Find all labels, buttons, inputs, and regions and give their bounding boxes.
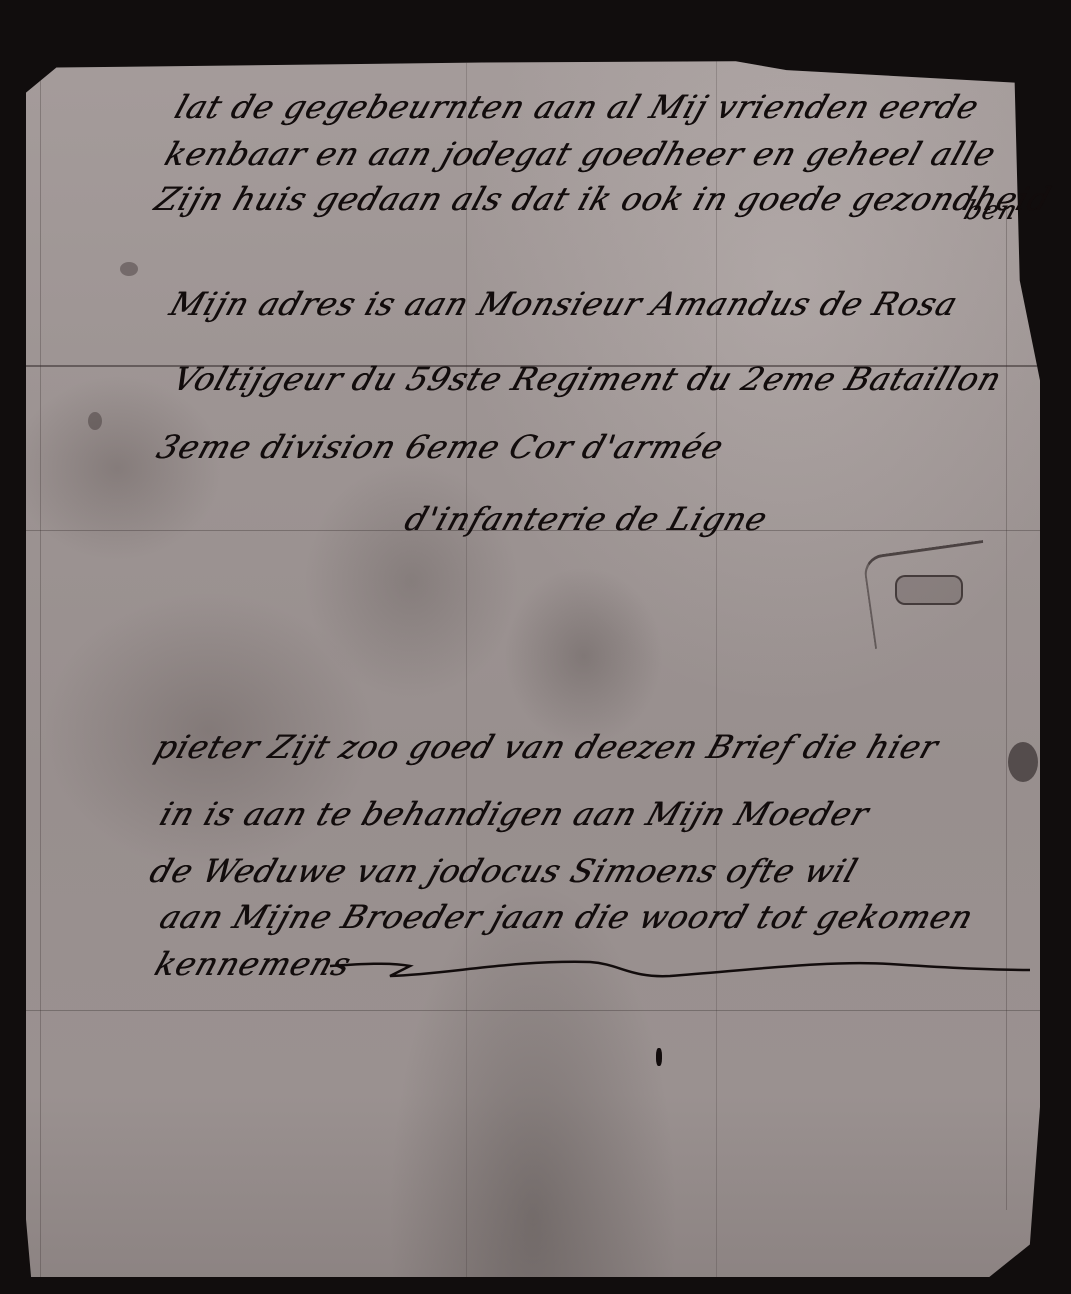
closing-flourish: [330, 948, 1030, 988]
text-line: kenbaar en aan jodegat goedheer en gehee…: [160, 135, 1001, 173]
address-line: 3eme division 6eme Cor d'armée: [152, 428, 729, 466]
text-line: in is aan te behandigen aan Mijn Moeder: [155, 795, 874, 833]
text-line: kennemens: [150, 945, 356, 983]
text-line: ben: [960, 196, 1022, 226]
text-line: aan Mijne Broeder jaan die woord tot gek…: [155, 898, 979, 936]
address-line: d'infanterie de Ligne: [400, 500, 773, 538]
text-line: Zijn huis gedaan als dat ik ook in goede…: [150, 180, 1056, 218]
text-line: pieter Zijt zoo goed van deezen Brief di…: [150, 728, 943, 766]
text-line: de Weduwe van jodocus Simoens ofte wil: [145, 852, 863, 890]
ink-dot: [656, 1048, 662, 1066]
address-line: Mijn adres is aan Monsieur Amandus de Ro…: [165, 285, 963, 323]
address-line: Voltijgeur du 59ste Regiment du 2eme Bat…: [168, 360, 1007, 398]
manuscript-text: lat de gegebeurnten aan al Mij vrienden …: [0, 0, 1071, 1294]
text-line: lat de gegebeurnten aan al Mij vrienden …: [170, 88, 984, 126]
